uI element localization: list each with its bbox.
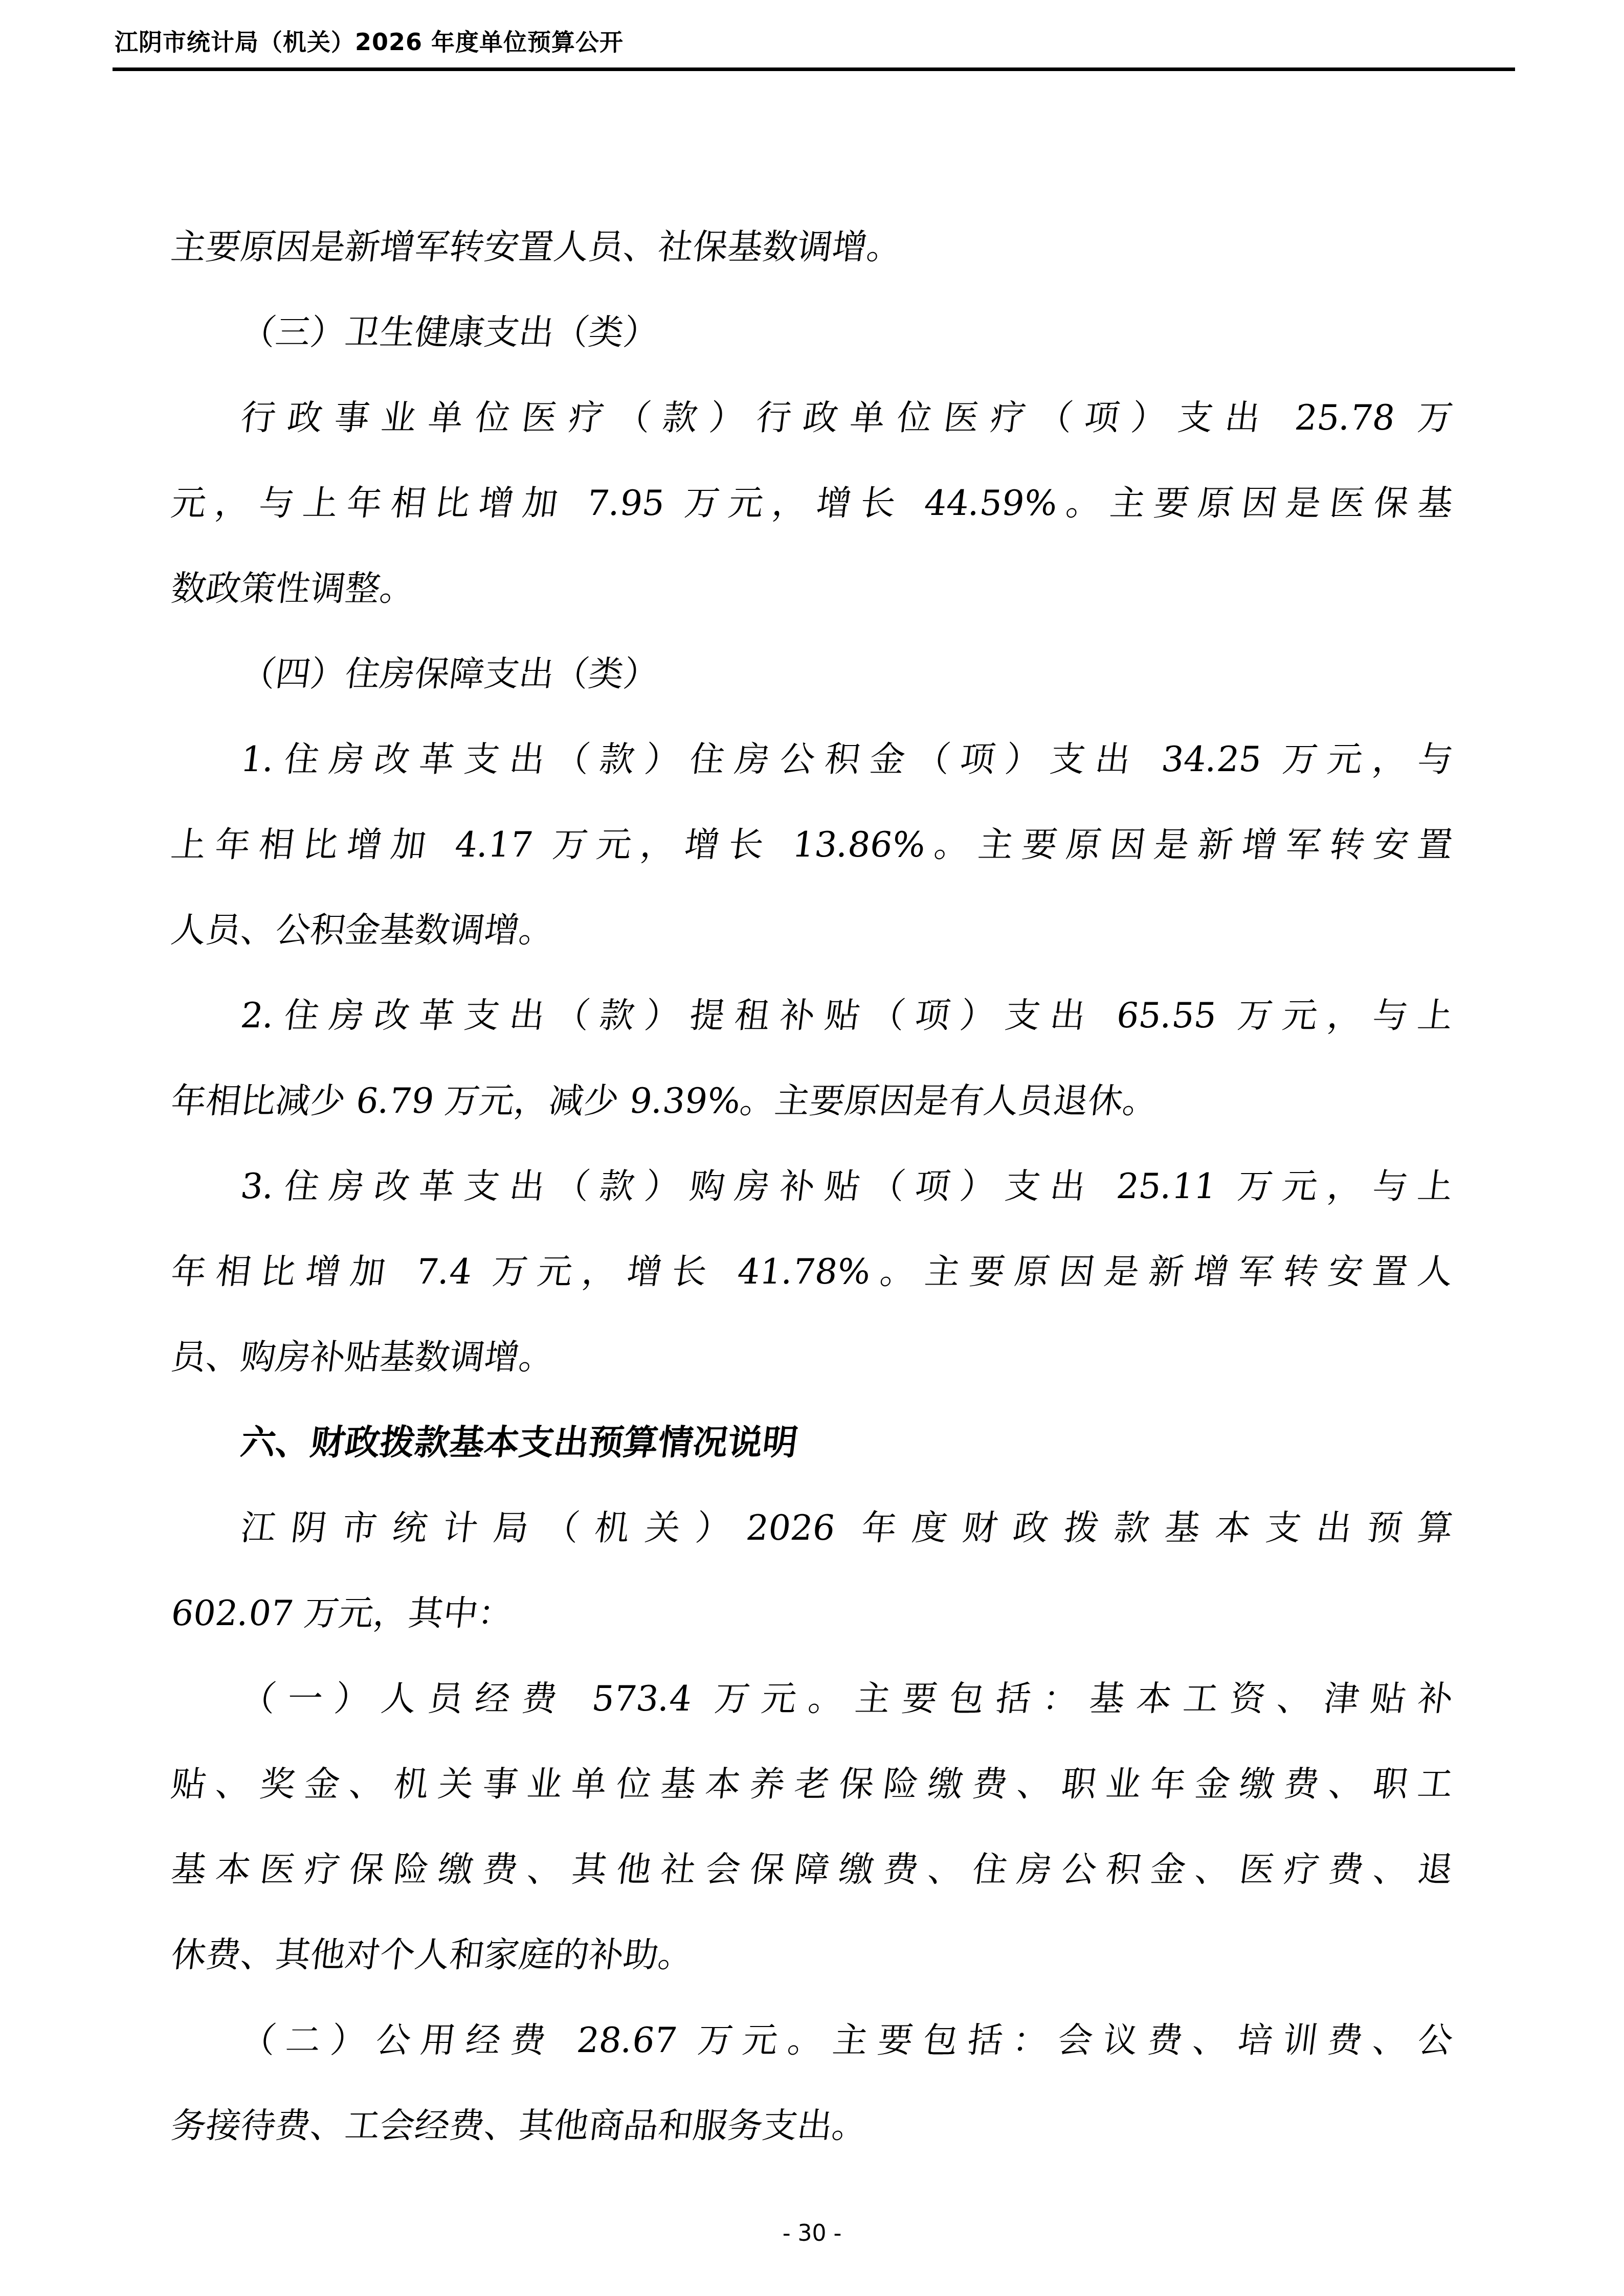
body-line: 上年相比增加 4.17 万元，增长 13.86%。主要原因是新增军转安置 [166, 802, 1458, 888]
body-line: （三）卫生健康支出（类） [166, 290, 1458, 375]
body-line: 数政策性调整。 [166, 546, 1458, 632]
document-header-title: 江阴市统计局（机关）2026 年度单位预算公开 [115, 29, 624, 55]
body-line: 江阴市统计局（机关）2026 年度财政拨款基本支出预算 [166, 1485, 1458, 1571]
body-line: （一）人员经费 573.4 万元。主要包括：基本工资、津贴补 [166, 1656, 1458, 1742]
body-line: 人员、公积金基数调增。 [166, 888, 1458, 973]
body-line: 基本医疗保险缴费、其他社会保障缴费、住房公积金、医疗费、退 [166, 1827, 1458, 1912]
body-line: 员、购房补贴基数调增。 [166, 1315, 1458, 1400]
body-line: 主要原因是新增军转安置人员、社保基数调增。 [166, 205, 1458, 290]
header-divider-rule [113, 67, 1515, 71]
body-heading-line: 六、财政拨款基本支出预算情况说明 [166, 1400, 1458, 1485]
document-body: 主要原因是新增军转安置人员、社保基数调增。（三）卫生健康支出（类）行政事业单位医… [171, 205, 1453, 2169]
body-line: 1.住房改革支出（款）住房公积金（项）支出 34.25 万元，与 [166, 717, 1458, 802]
body-line: 务接待费、工会经费、其他商品和服务支出。 [166, 2083, 1458, 2169]
body-line: （二）公用经费 28.67 万元。主要包括：会议费、培训费、公 [166, 1998, 1458, 2083]
body-line: 休费、其他对个人和家庭的补助。 [166, 1912, 1458, 1998]
body-line: 贴、奖金、机关事业单位基本养老保险缴费、职业年金缴费、职工 [166, 1742, 1458, 1827]
body-line: 年相比减少 6.79 万元，减少 9.39%。主要原因是有人员退休。 [166, 1059, 1458, 1144]
body-line: 2.住房改革支出（款）提租补贴（项）支出 65.55 万元，与上 [166, 973, 1458, 1059]
body-line: （四）住房保障支出（类） [166, 632, 1458, 717]
body-line: 年相比增加 7.4 万元，增长 41.78%。主要原因是新增军转安置人 [166, 1229, 1458, 1315]
body-line: 602.07 万元，其中： [166, 1571, 1458, 1656]
body-line: 元，与上年相比增加 7.95 万元，增长 44.59%。主要原因是医保基 [166, 461, 1458, 546]
page-number: - 30 - [0, 2221, 1624, 2246]
document-page: 江阴市统计局（机关）2026 年度单位预算公开 主要原因是新增军转安置人员、社保… [0, 0, 1624, 2296]
body-line: 行政事业单位医疗（款）行政单位医疗（项）支出 25.78 万 [166, 375, 1458, 461]
body-line: 3.住房改革支出（款）购房补贴（项）支出 25.11 万元，与上 [166, 1144, 1458, 1229]
